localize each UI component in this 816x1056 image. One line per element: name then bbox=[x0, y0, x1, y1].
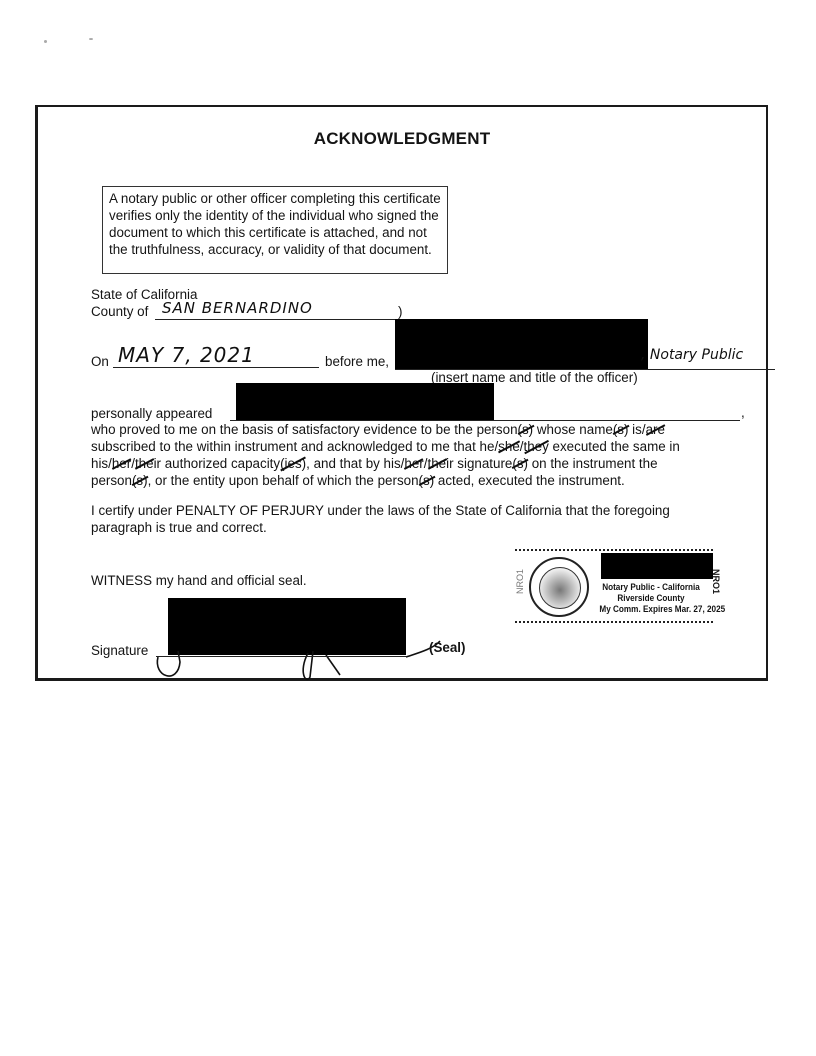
text: on the instrument the bbox=[528, 456, 658, 471]
struck-option: they bbox=[524, 439, 549, 454]
body-line-2: subscribed to the within instrument and … bbox=[91, 439, 680, 454]
before-me-label: before me, bbox=[325, 354, 389, 369]
text: his/ bbox=[91, 456, 112, 471]
page-title: ACKNOWLEDGMENT bbox=[38, 129, 766, 149]
struck-option: she bbox=[498, 439, 520, 454]
perjury-line-1: I certify under PENALTY OF PERJURY under… bbox=[91, 503, 670, 518]
text: is/ bbox=[628, 422, 645, 437]
county-label: County of bbox=[91, 304, 148, 319]
county-close-paren: ) bbox=[398, 304, 402, 319]
county-underline bbox=[155, 319, 395, 320]
struck-option: (ies) bbox=[280, 456, 306, 471]
redacted-officer-name bbox=[395, 319, 648, 369]
body-line-1: who proved to me on the basis of satisfa… bbox=[91, 422, 665, 437]
perjury-line-2: paragraph is true and correct. bbox=[91, 520, 267, 535]
signature-scribble bbox=[148, 637, 448, 687]
text: , or the entity upon behalf of which the… bbox=[148, 473, 419, 488]
text: ir signature bbox=[446, 456, 512, 471]
stamp-line-1: Notary Public - California bbox=[599, 582, 702, 593]
stamp-line-3: My Comm. Expires Mar. 27, 2025 bbox=[599, 604, 702, 615]
struck-option: (s) bbox=[132, 473, 148, 488]
struck-option: (s) bbox=[518, 422, 534, 437]
signature-underline bbox=[156, 656, 406, 657]
on-label: On bbox=[91, 354, 109, 369]
date-value: MAY 7, 2021 bbox=[118, 343, 255, 367]
struck-option: the bbox=[135, 456, 154, 471]
struck-option: are bbox=[646, 422, 665, 437]
text: executed the same in bbox=[549, 439, 680, 454]
comma: , bbox=[741, 405, 745, 420]
state-seal-icon bbox=[529, 557, 589, 617]
redacted-notary-name bbox=[601, 553, 713, 579]
struck-option: (s) bbox=[419, 473, 435, 488]
struck-option: her bbox=[404, 456, 423, 471]
stamp-id-right: NRO1 bbox=[711, 569, 721, 594]
scan-speck bbox=[89, 38, 93, 40]
redacted-signer-name bbox=[236, 383, 494, 420]
stamp-line-2: Riverside County bbox=[599, 593, 702, 604]
body-line-4: person(s), or the entity upon behalf of … bbox=[91, 473, 625, 488]
text: person bbox=[91, 473, 132, 488]
date-underline bbox=[113, 367, 319, 368]
signer-underline bbox=[230, 420, 740, 421]
signature-label: Signature bbox=[91, 643, 148, 658]
text: subscribed to the within instrument and … bbox=[91, 439, 498, 454]
text: , and that by his/ bbox=[306, 456, 404, 471]
stamp-id-left: NRO1 bbox=[515, 569, 525, 594]
acknowledgment-form: ACKNOWLEDGMENT A notary public or other … bbox=[35, 105, 768, 681]
officer-title-handwritten: , Notary Public bbox=[641, 347, 743, 363]
struck-option: her bbox=[112, 456, 131, 471]
seal-label: (Seal) bbox=[429, 640, 465, 655]
stamp-border-bottom bbox=[515, 617, 713, 623]
notary-stamp: NRO1 Notary Public - California Riversid… bbox=[513, 549, 721, 623]
seal-emblem bbox=[539, 567, 581, 609]
text: acted, executed the instrument. bbox=[434, 473, 625, 488]
struck-option: (s) bbox=[613, 422, 629, 437]
county-value: SAN BERNARDINO bbox=[162, 299, 313, 317]
personally-appeared-label: personally appeared bbox=[91, 406, 212, 421]
scan-speck bbox=[44, 40, 47, 43]
text: / bbox=[424, 456, 428, 471]
body-line-3: his/her/their authorized capacity(ies), … bbox=[91, 456, 658, 471]
text: who proved to me on the basis of satisfa… bbox=[91, 422, 518, 437]
text: whose name bbox=[533, 422, 613, 437]
struck-option: (s) bbox=[512, 456, 528, 471]
text: ir authorized capacity bbox=[154, 456, 281, 471]
struck-option: the bbox=[428, 456, 447, 471]
disclaimer-box: A notary public or other officer complet… bbox=[102, 186, 448, 274]
witness-line: WITNESS my hand and official seal. bbox=[91, 573, 307, 588]
